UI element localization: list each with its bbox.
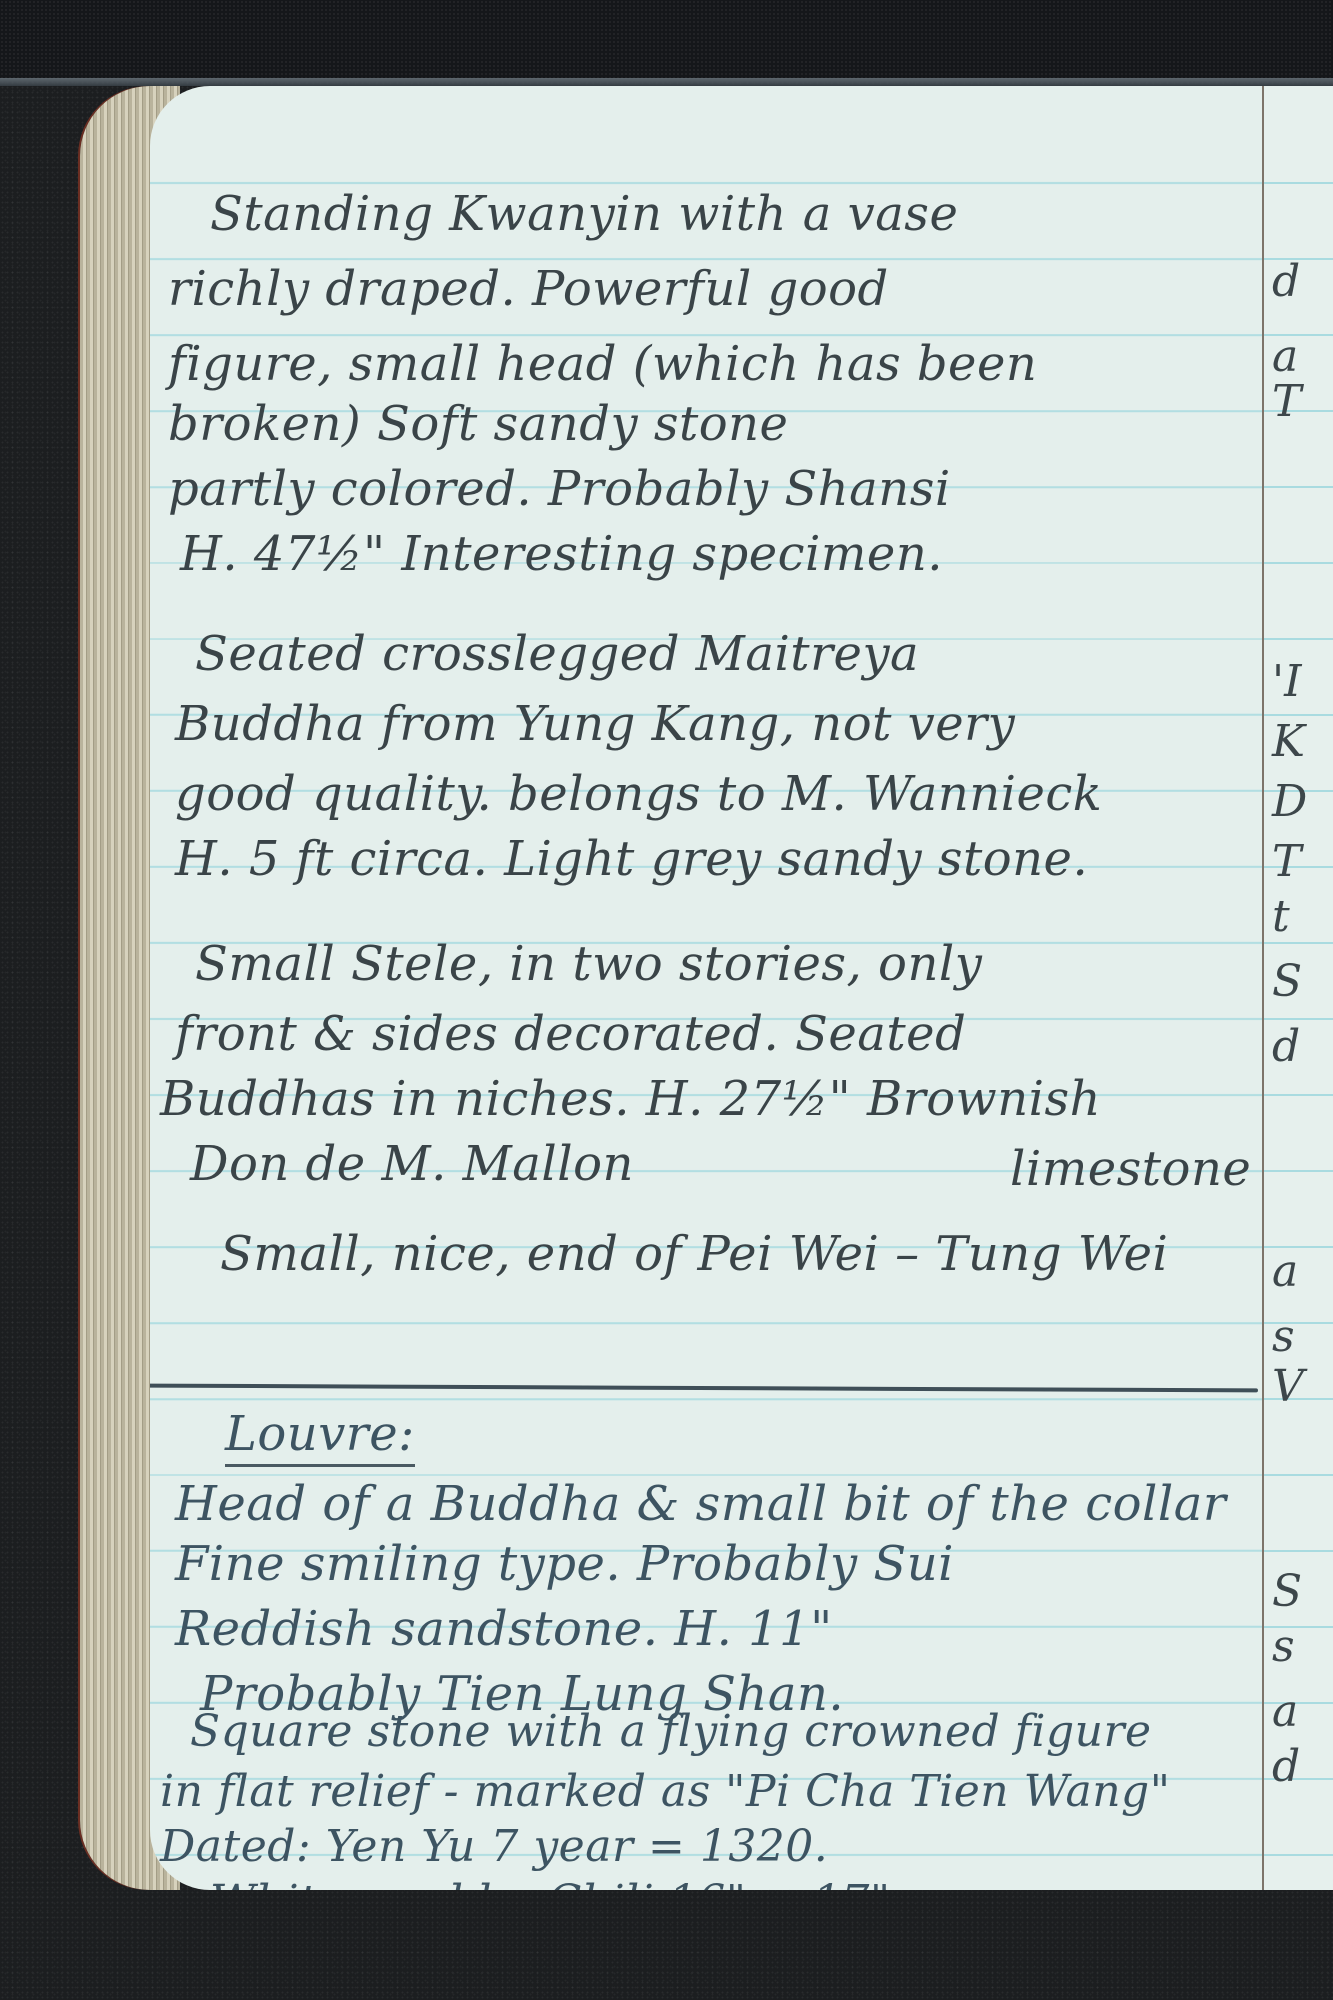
entry-line: Square stone with a flying crowned figur… <box>190 1706 1152 1757</box>
section-heading: Louvre: <box>225 1406 415 1467</box>
notebook-page: Standing Kwanyin with a vase richly drap… <box>150 86 1262 1890</box>
facing-page-edge: d a T 'I K D T t S d a s V S s a d <box>1262 86 1333 1890</box>
text-fragment: d <box>1272 1021 1300 1072</box>
entry-line: Seated crosslegged Maitreya <box>195 626 919 682</box>
entry-line: good quality. belongs to M. Wannieck <box>175 766 1102 822</box>
entry-line: Reddish sandstone. H. 11" <box>175 1601 833 1657</box>
entry-line: Don de M. Mallon <box>190 1136 634 1192</box>
entry-line: limestone <box>1010 1141 1251 1197</box>
entry-line: figure, small head (which has been <box>168 336 1037 392</box>
text-fragment: a <box>1272 1246 1298 1297</box>
text-fragment: T <box>1272 376 1301 427</box>
entry-line: richly draped. Powerful good <box>168 261 889 317</box>
entry-line: H. 5 ft circa. Light grey sandy stone. <box>175 831 1088 887</box>
entry-line: broken) Soft sandy stone <box>168 396 788 452</box>
text-fragment: t <box>1272 891 1290 942</box>
text-fragment: s <box>1272 1311 1295 1362</box>
entry-line: Small Stele, in two stories, only <box>195 936 982 992</box>
entry-line: Head of a Buddha & small bit of the coll… <box>175 1476 1226 1532</box>
text-fragment: d <box>1272 256 1300 307</box>
text-fragment: T <box>1272 836 1301 887</box>
text-fragment: S <box>1272 956 1302 1007</box>
glass-edge <box>0 78 1333 86</box>
text-fragment: s <box>1272 1621 1295 1672</box>
entry-line: Buddha from Yung Kang, not very <box>175 696 1015 752</box>
text-fragment: V <box>1272 1361 1304 1412</box>
entry-line: Buddhas in niches. H. 27½" Brownish <box>160 1071 1101 1127</box>
text-fragment: D <box>1272 776 1307 827</box>
text-fragment: K <box>1272 716 1305 767</box>
text-fragment: 'I <box>1272 656 1301 707</box>
mount-background <box>0 0 1333 80</box>
entry-line: front & sides decorated. Seated <box>175 1006 966 1062</box>
entry-line: Fine smiling type. Probably Sui <box>175 1536 954 1592</box>
entry-line: Small, nice, end of Pei Wei – Tung Wei <box>220 1226 1168 1282</box>
entry-line: in flat relief - marked as "Pi Cha Tien … <box>160 1766 1170 1817</box>
text-fragment: d <box>1272 1741 1300 1792</box>
entry-line: Dated: Yen Yu 7 year = 1320. <box>160 1821 828 1872</box>
entry-line: partly colored. Probably Shansi <box>168 461 951 517</box>
text-fragment: a <box>1272 331 1298 382</box>
text-fragment: S <box>1272 1566 1302 1617</box>
entry-line: Standing Kwanyin with a vase <box>210 186 958 242</box>
entry-line: H. 47½" Interesting specimen. <box>180 526 943 582</box>
text-fragment: a <box>1272 1686 1298 1737</box>
entry-line: White marble. Chili 16" × 17" <box>210 1876 891 1890</box>
